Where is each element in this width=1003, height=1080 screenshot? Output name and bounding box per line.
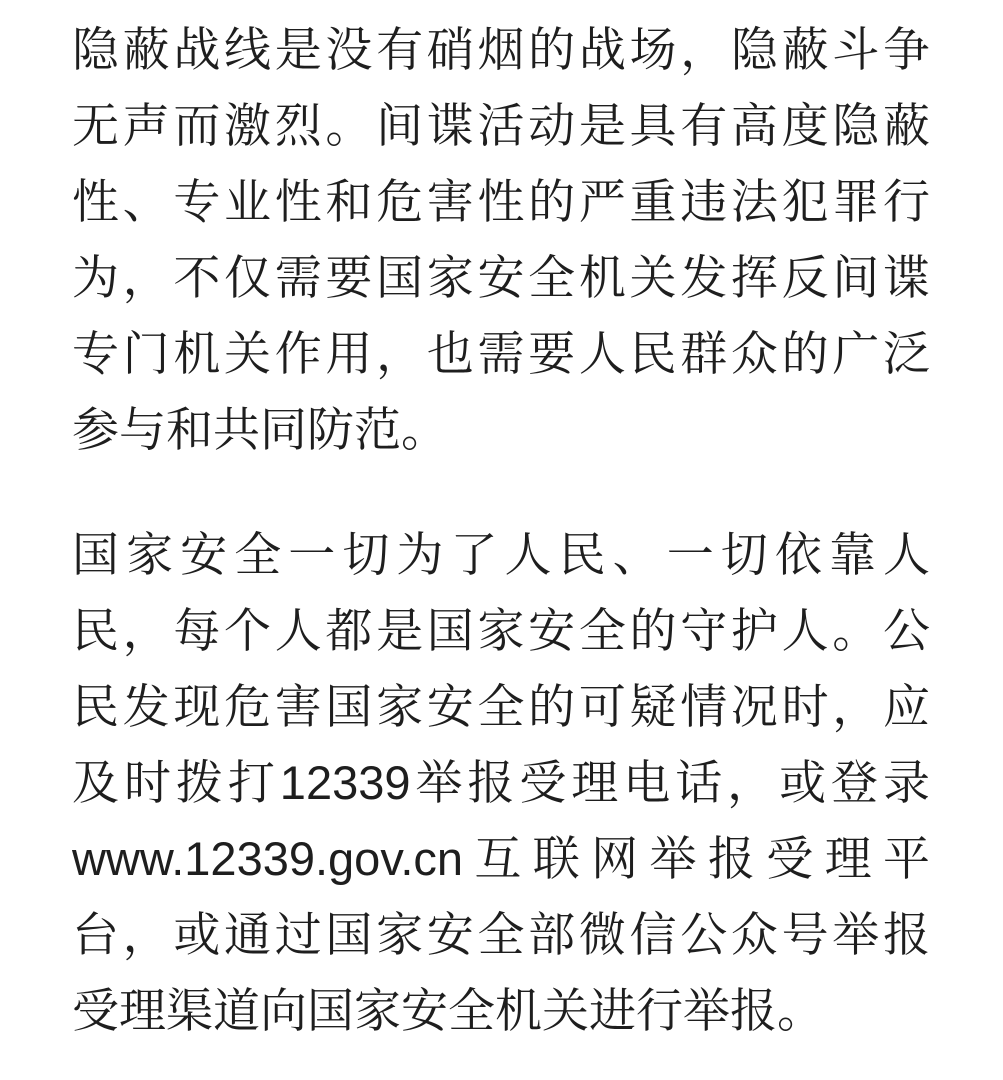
text-line: 为，不仅需要国家安全机关发挥反间谍 (72, 240, 930, 316)
text-line: 台，或通过国家安全部微信公众号举报 (72, 897, 930, 973)
paragraph-espionage-threat: 隐蔽战线是没有硝烟的战场，隐蔽斗争 无声而激烈。间谍活动是具有高度隐蔽 性、专业… (72, 12, 930, 468)
text-line: 民发现危害国家安全的可疑情况时，应 (72, 669, 930, 745)
text-line: 国家安全一切为了人民、一切依靠人 (72, 517, 930, 593)
text-line: 专门机关作用，也需要人民群众的广泛 (72, 316, 930, 392)
article-body: 隐蔽战线是没有硝烟的战场，隐蔽斗争 无声而激烈。间谍活动是具有高度隐蔽 性、专业… (0, 0, 1003, 1049)
paragraph-reporting-channels: 国家安全一切为了人民、一切依靠人 民，每个人都是国家安全的守护人。公 民发现危害… (72, 517, 930, 1049)
text-line-website: www.12339.gov.cn互联网举报受理平 (72, 821, 930, 897)
text-line: 性、专业性和危害性的严重违法犯罪行 (72, 164, 930, 240)
text-line: 参与和共同防范。 (72, 392, 930, 468)
text-line: 无声而激烈。间谍活动是具有高度隐蔽 (72, 88, 930, 164)
text-line: 民，每个人都是国家安全的守护人。公 (72, 593, 930, 669)
text-line: 受理渠道向国家安全机关进行举报。 (72, 973, 930, 1049)
text-line-hotline: 及时拨打12339举报受理电话，或登录 (72, 745, 930, 821)
text-line: 隐蔽战线是没有硝烟的战场，隐蔽斗争 (72, 12, 930, 88)
